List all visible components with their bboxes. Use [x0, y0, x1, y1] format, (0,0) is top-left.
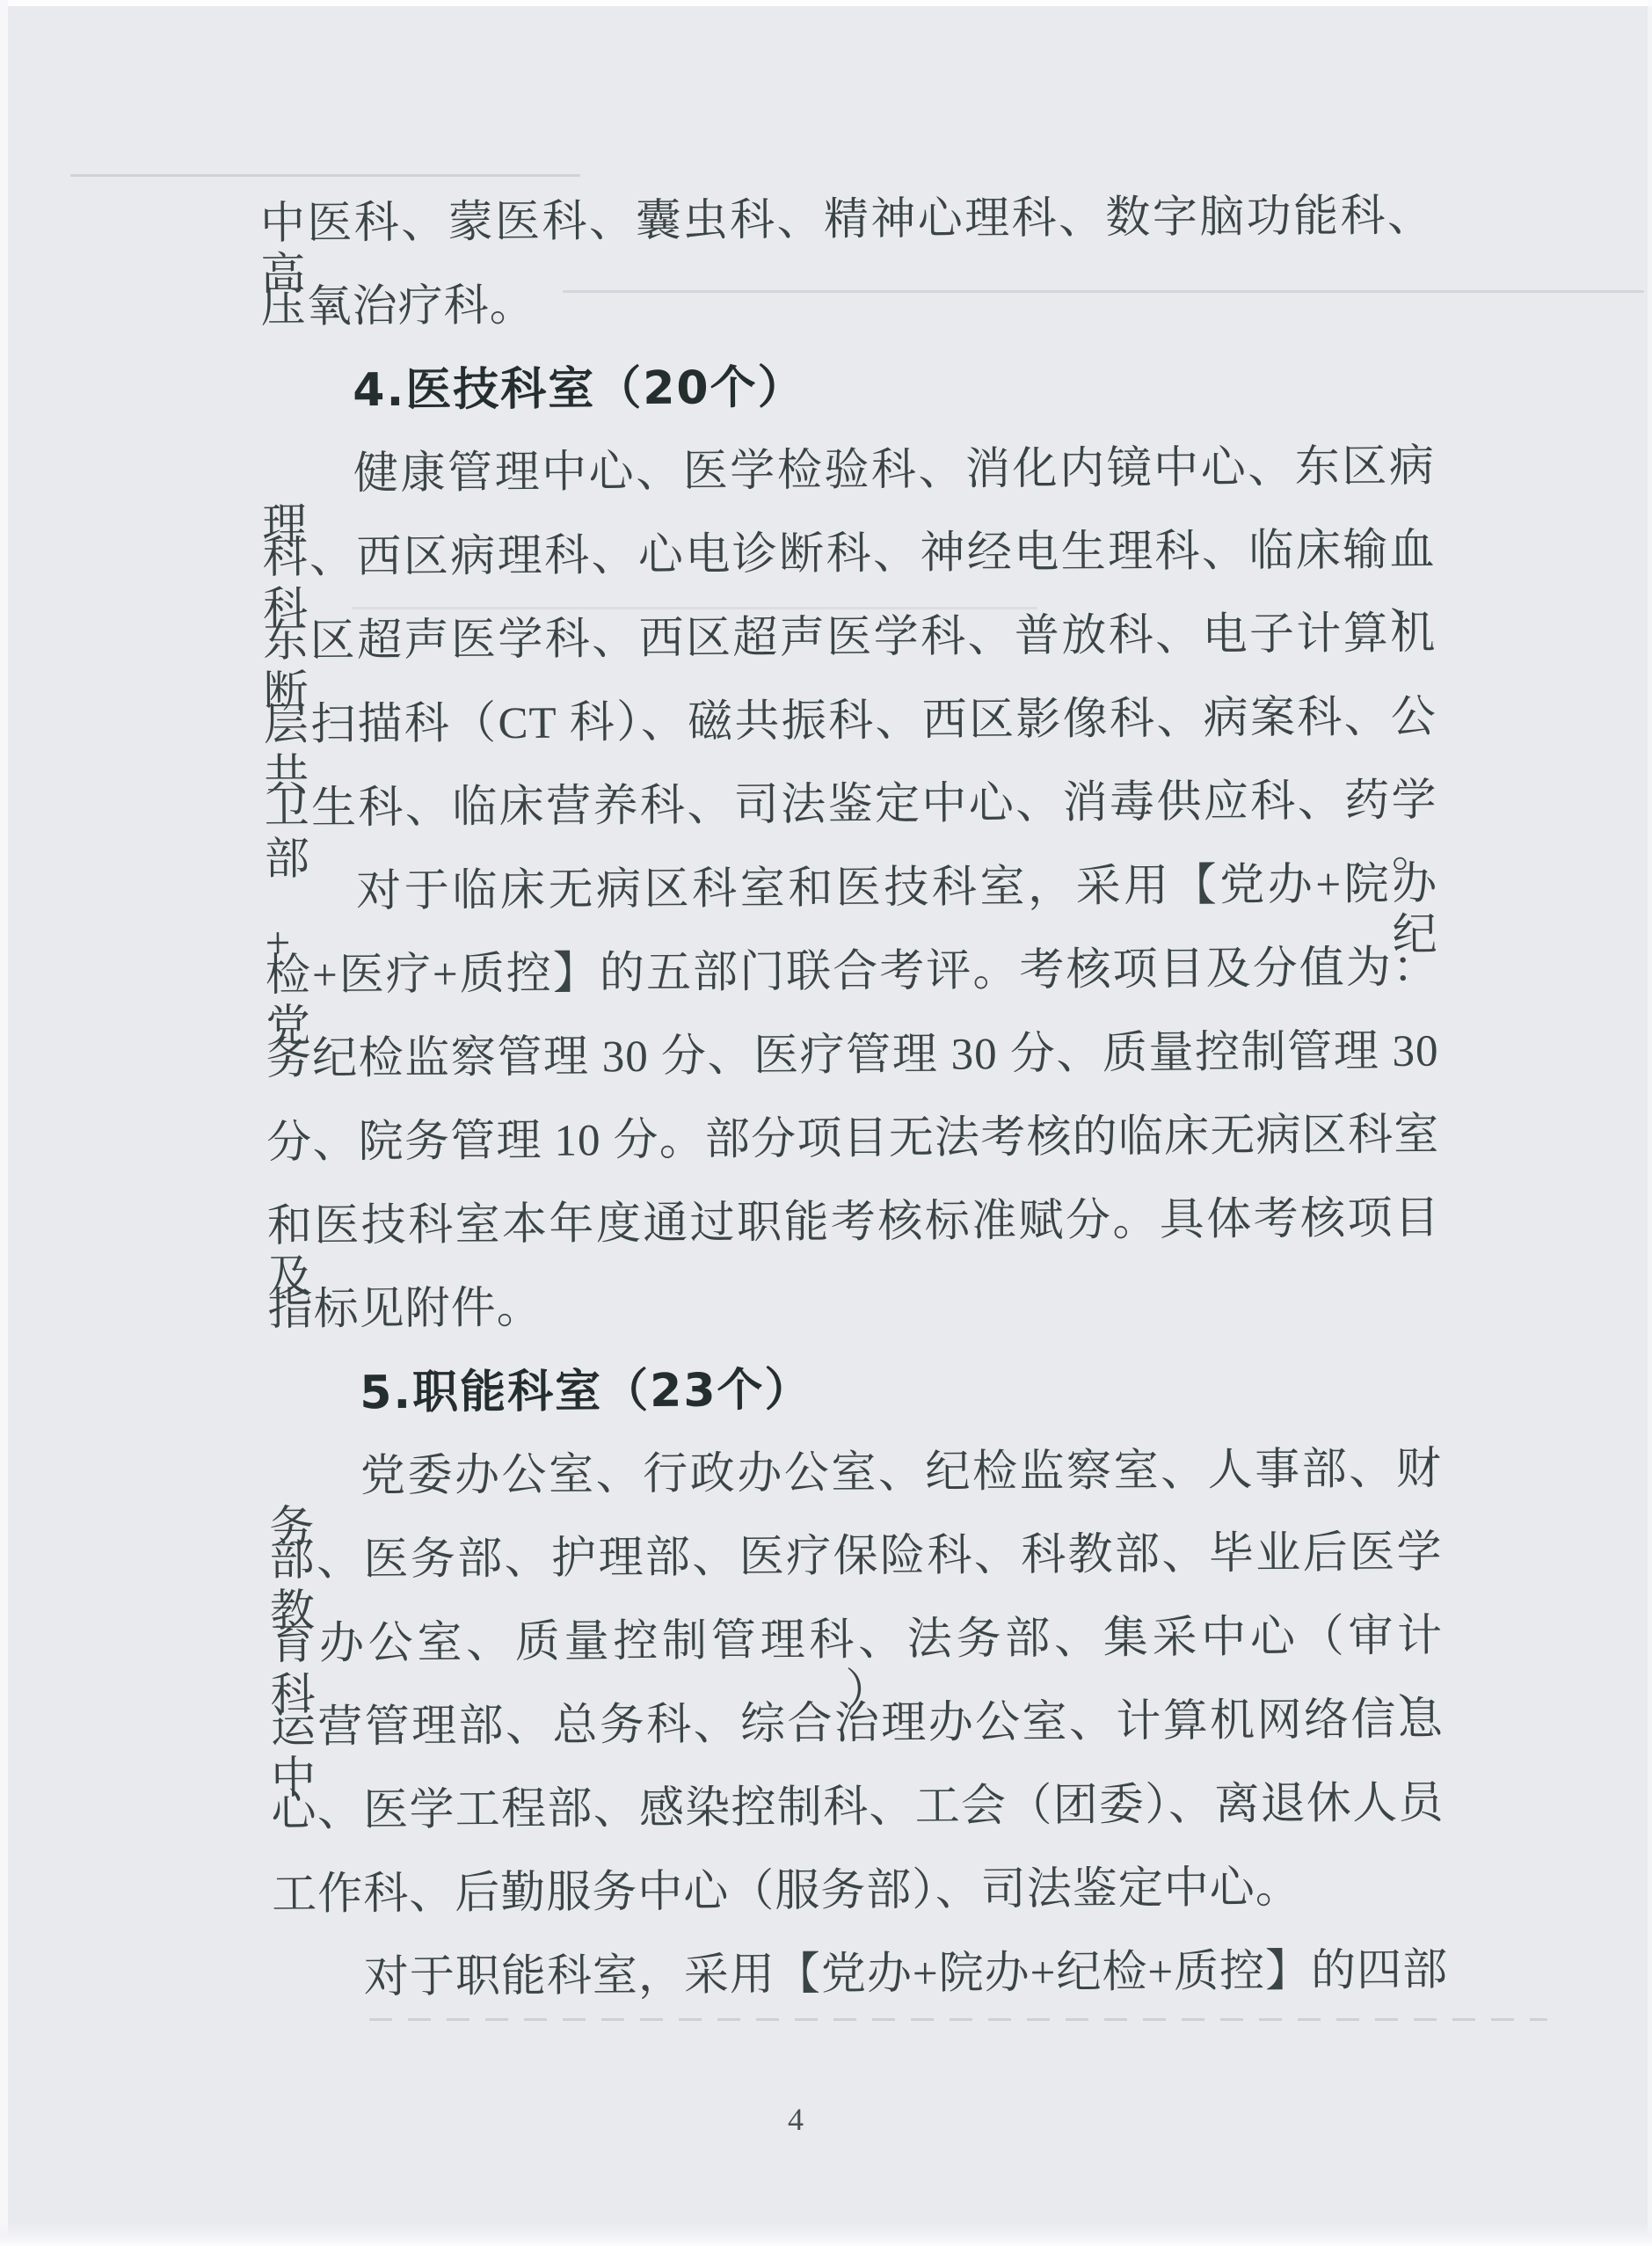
section-heading-5: 5.职能科室（23个） [268, 1360, 1441, 1419]
text-line: 部、医务部、护理部、医疗保险科、科教部、毕业后医学教 [269, 1528, 1442, 1586]
text-line: 检+医疗+质控】的五部门联合考评。考核项目及分值为：党 [266, 943, 1438, 1002]
text-line: 健康管理中心、医学检验科、消化内镜中心、东区病理 [262, 441, 1435, 500]
text-line: 压氧治疗科。 [260, 274, 1433, 333]
text-line: 工作科、后勤服务中心（服务部）、司法鉴定中心。 [272, 1862, 1445, 1921]
text-line: 心、医学工程部、感染控制科、工会（团委）、离退休人员 [271, 1778, 1444, 1837]
document-text-block: 中医科、蒙医科、囊虫科、精神心理科、数字脑功能科、高 压氧治疗科。 4.医技科室… [0, 0, 1652, 2246]
text-line: 东区超声医学科、西区超声医学科、普放科、电子计算机断 [263, 609, 1436, 667]
text-line: 对于职能科室，采用【党办+院办+纪检+质控】的四部 [273, 1945, 1445, 2004]
text-line: 中医科、蒙医科、囊虫科、精神心理科、数字脑功能科、高 [260, 191, 1433, 250]
text-line: 科、西区病理科、心电诊断科、神经电生理科、临床输血科、 [262, 525, 1435, 584]
text-line: 党委办公室、行政办公室、纪检监察室、人事部、财务 [269, 1444, 1442, 1503]
text-line: 指标见附件。 [267, 1277, 1440, 1336]
scan-edge-top [0, 0, 1652, 6]
text-line: 层扫描科（CT 科）、磁共振科、西区影像科、病案科、公共 [264, 692, 1437, 751]
text-line: 分、院务管理 10 分。部分项目无法考核的临床无病区科室 [266, 1110, 1439, 1169]
page-number: 4 [756, 2102, 835, 2137]
scan-edge-right [1648, 0, 1652, 2246]
text-line: 和医技科室本年度通过职能考核标准赋分。具体考核项目及 [267, 1193, 1440, 1252]
text-line: 育办公室、质量控制管理科、法务部、集采中心（审计科）、 [270, 1611, 1443, 1670]
text-line: 卫生科、临床营养科、司法鉴定中心、消毒供应科、药学部。 [264, 776, 1437, 835]
section-heading-4: 4.医技科室（20个） [261, 358, 1434, 417]
text-line: 运营管理部、总务科、综合治理办公室、计算机网络信息中 [271, 1695, 1444, 1754]
scan-edge-bottom [0, 2223, 1652, 2246]
scanned-document-page: 中医科、蒙医科、囊虫科、精神心理科、数字脑功能科、高 压氧治疗科。 4.医技科室… [0, 0, 1652, 2246]
text-line: 务纪检监察管理 30 分、医疗管理 30 分、质量控制管理 30 [266, 1026, 1438, 1085]
scan-edge-left [0, 0, 8, 2246]
text-line: 对于临床无病区科室和医技科室，采用【党办+院办+纪 [265, 859, 1437, 918]
